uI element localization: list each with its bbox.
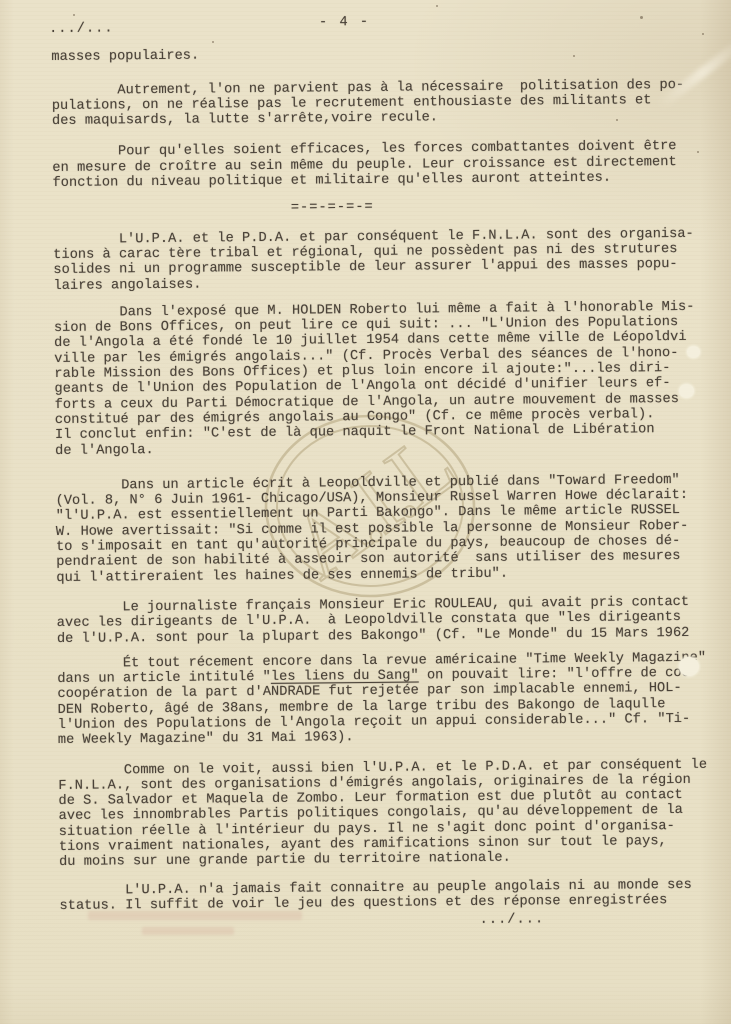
ink-speck xyxy=(702,33,704,35)
scanned-document-page: A.I.L .../... - 4 - masses populaires. A… xyxy=(0,0,731,1024)
paragraph: Autrement, l'on ne parvient pas à la néc… xyxy=(52,77,731,129)
paragraph: Comme on le voit, aussi bien l'U.P.A. et… xyxy=(58,757,731,871)
paragraph: Le journaliste français Monsieur Eric RO… xyxy=(57,594,731,646)
ink-speck xyxy=(436,5,438,7)
body-text: .../... - 4 - masses populaires. Autreme… xyxy=(51,15,731,932)
text-line: masses populaires. xyxy=(51,44,731,66)
page-number: - 4 - xyxy=(319,15,370,31)
punch-hole xyxy=(679,384,694,398)
ink-speck xyxy=(73,14,75,16)
paragraph: masses populaires. xyxy=(51,44,731,66)
continuation-mark-top: .../... xyxy=(49,21,114,37)
paragraph: L'U.P.A. et le P.D.A. et par conséquent … xyxy=(53,226,731,294)
bleed-through-mark xyxy=(88,911,302,920)
paragraph: Ét tout récement encore dans la revue am… xyxy=(57,650,731,748)
ink-speck xyxy=(640,16,643,19)
ink-speck xyxy=(697,151,699,153)
underlined-phrase: les liens du Sang" xyxy=(271,669,419,685)
paragraph: Pour qu'elles soient efficaces, les forc… xyxy=(52,139,731,191)
ink-speck xyxy=(573,55,575,57)
section-separator: =-=-=-=-= xyxy=(53,197,731,219)
punch-hole xyxy=(687,346,700,358)
page-header: .../... - 4 - xyxy=(51,15,731,37)
paragraph: Dans un article écrit à Leopoldville et … xyxy=(55,472,731,586)
punch-hole xyxy=(679,657,699,676)
bleed-through-mark xyxy=(142,927,234,935)
ink-speck xyxy=(616,119,618,121)
paragraph: Dans l'exposé que M. HOLDEN Roberto lui … xyxy=(54,299,731,458)
ink-speck xyxy=(212,41,214,43)
paragraph: L'U.P.A. n'a jamais fait connaitre au pe… xyxy=(59,877,731,914)
